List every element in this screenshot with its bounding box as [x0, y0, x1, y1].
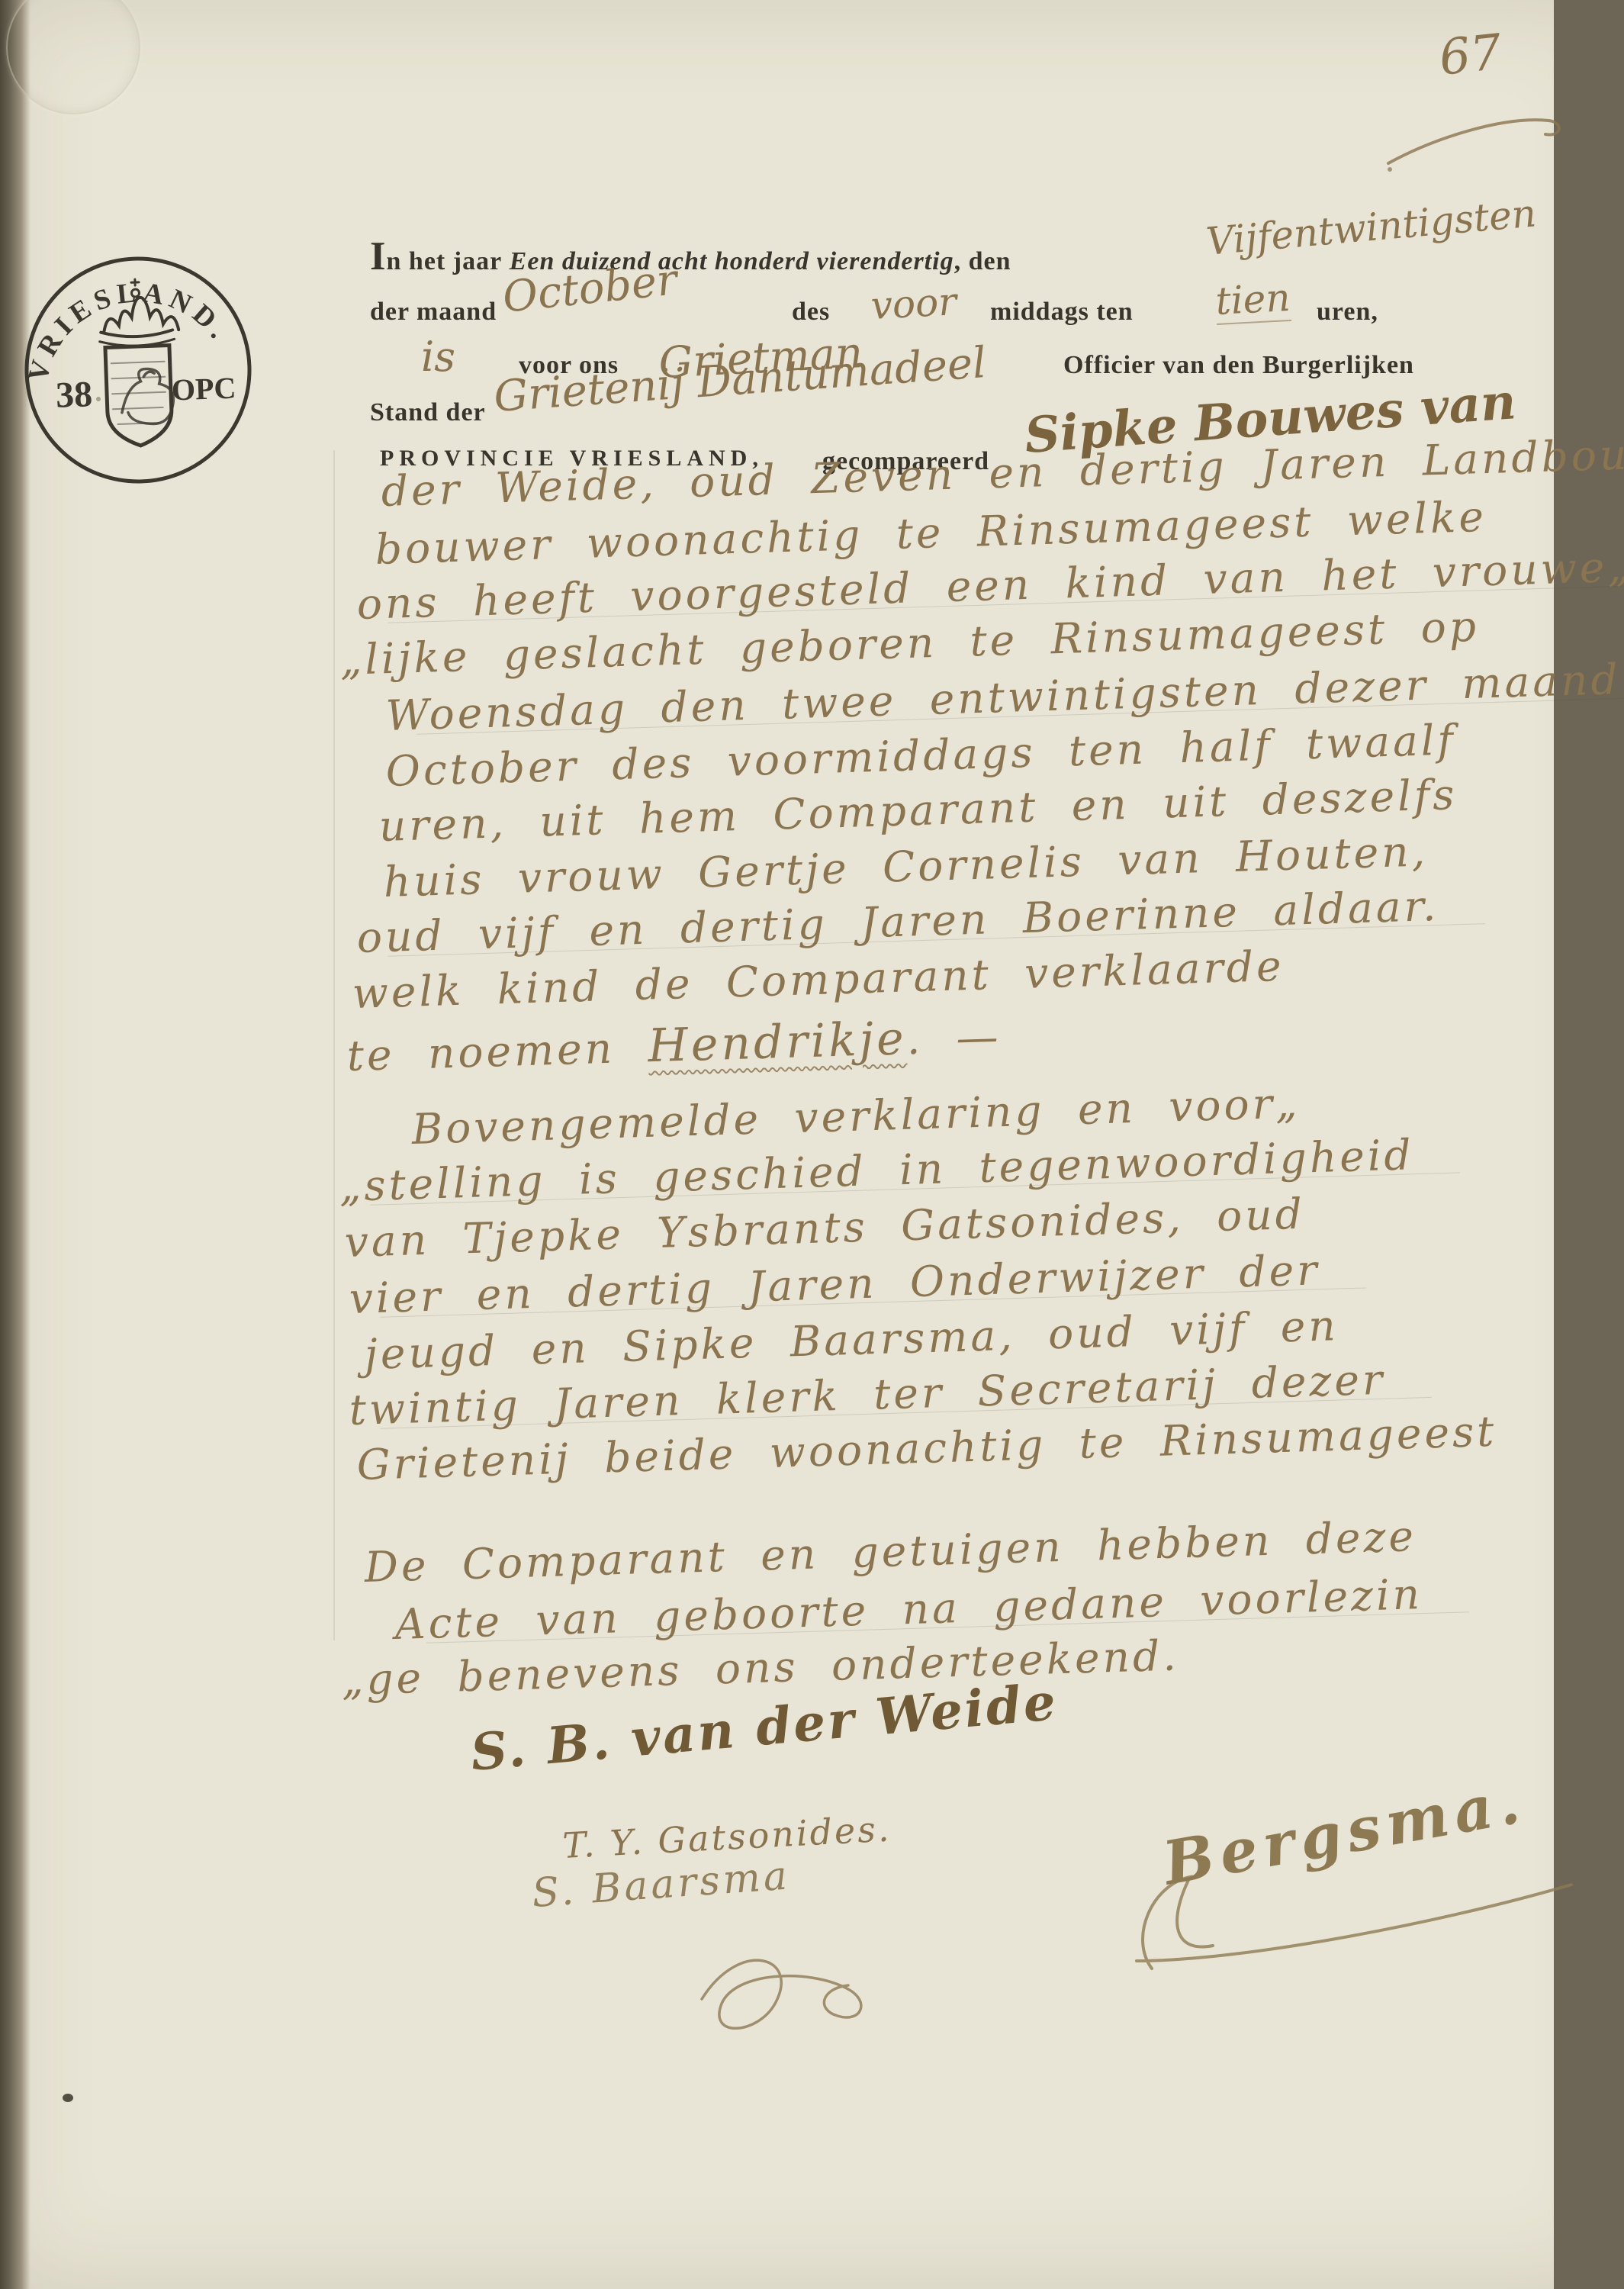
fold-line [333, 450, 335, 1640]
page-number-flourish [1382, 90, 1581, 174]
printed-uren: uren, [1317, 299, 1378, 325]
name-line-prefix: te noemen [346, 1024, 616, 1080]
printed-middags-ten: middags ten [990, 299, 1134, 325]
form-line-1: In het jaar Een duizend acht honderd vie… [370, 237, 1011, 277]
child-name-line: te noemen Hendrikje. — [346, 1009, 1002, 1082]
fill-day: Vijfentwintigsten [1204, 191, 1538, 264]
printed-des: des [792, 299, 830, 325]
page-number: 67 [1436, 24, 1504, 87]
fill-daypart: voor [870, 279, 957, 328]
signature-flourish [671, 1938, 931, 2068]
stamp-graphic: VRIESLAND. 38 OPC [16, 248, 261, 493]
printed-stand-der: Stand der [370, 400, 486, 426]
child-name: Hendrikje [647, 1012, 907, 1073]
officer-signature-swash [1121, 1854, 1594, 1976]
ink-speck [63, 2094, 73, 2102]
stamp-region-text: VRIESLAND. [19, 273, 239, 385]
printed-intro: In het jaar [370, 237, 502, 277]
scanned-birth-record-page: VRIESLAND. 38 OPC 67 In he [0, 0, 1624, 2289]
fill-is: is [421, 333, 455, 381]
fill-hour: tien [1214, 275, 1291, 325]
stamp-value-left: 38 [55, 374, 93, 416]
name-line-dash: . — [906, 1013, 1002, 1064]
stamp-value-right: OPC [171, 371, 236, 407]
revenue-stamp: VRIESLAND. 38 OPC [16, 248, 261, 493]
printed-officier: Officier van den Burgerlijken [1063, 353, 1414, 378]
printed-der-maand: der maand [370, 299, 497, 325]
printed-den: , den [954, 247, 1011, 275]
stamp-shield [105, 345, 175, 446]
